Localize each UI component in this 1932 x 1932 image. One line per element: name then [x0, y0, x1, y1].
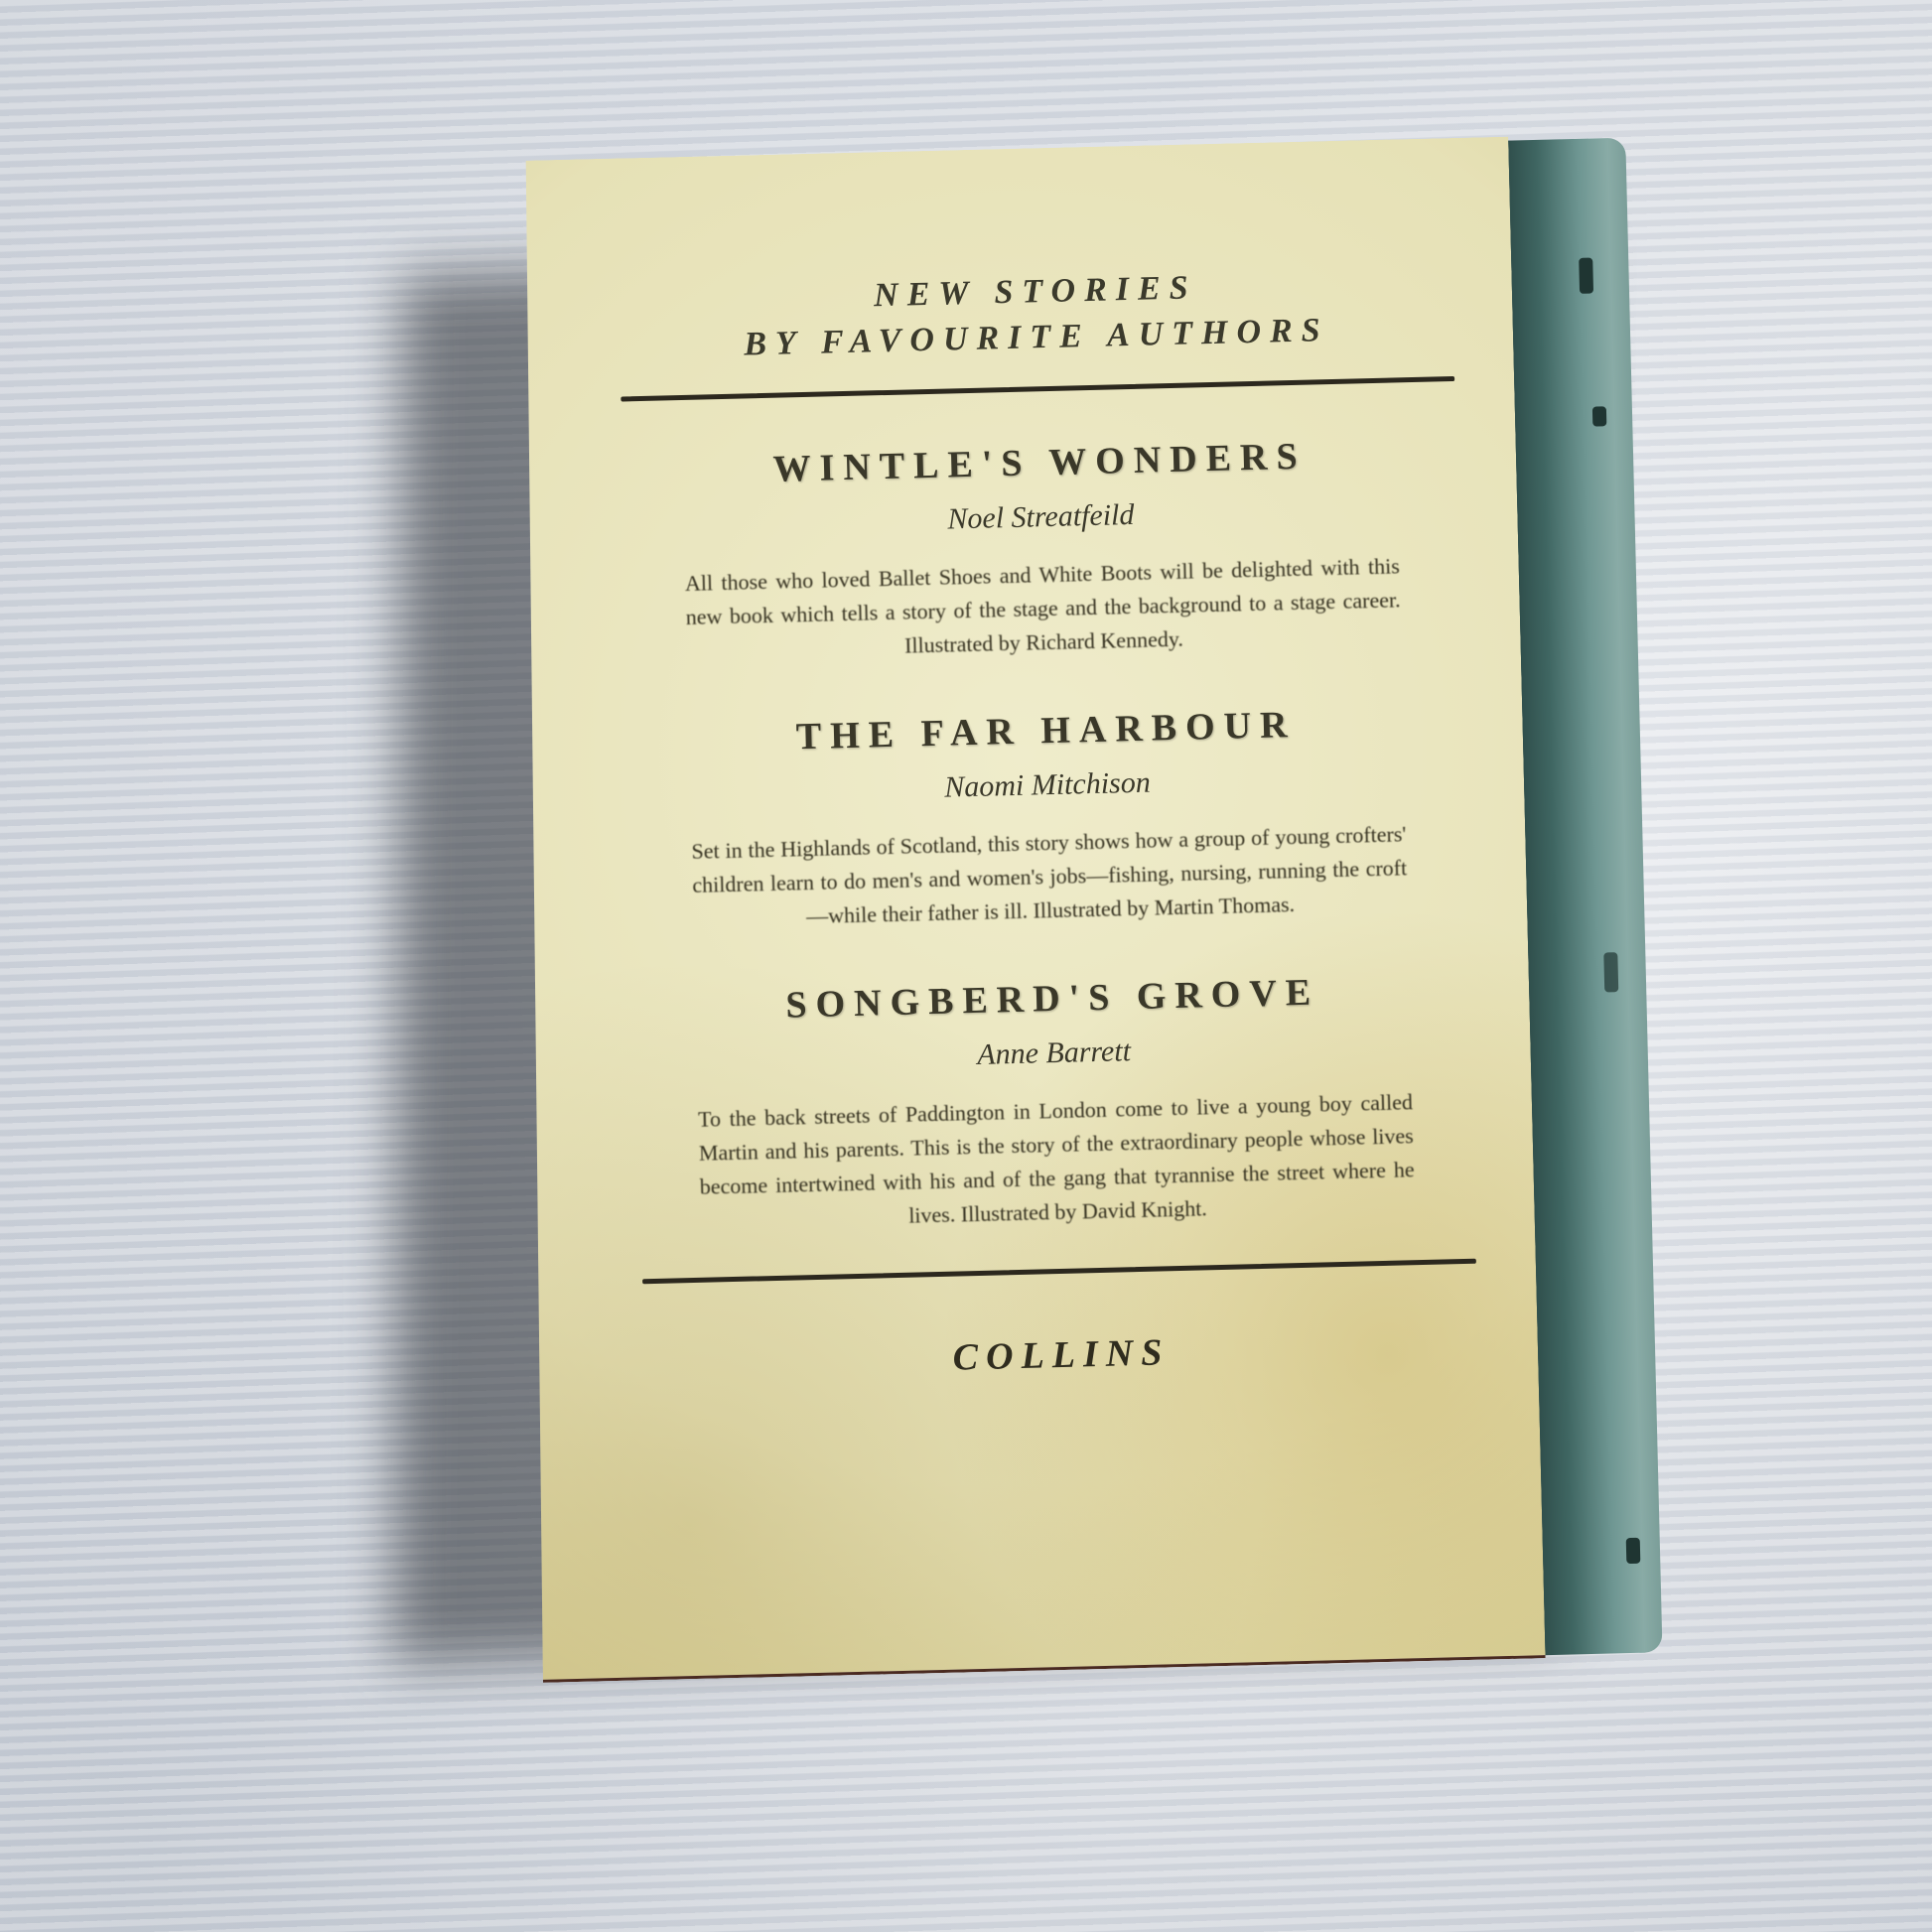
- cover-header: NEW STORIES BY FAVOURITE AUTHORS: [598, 259, 1473, 371]
- story-title: WINTLE'S WONDERS: [603, 430, 1477, 494]
- spine-lettering-mark: [1626, 1538, 1641, 1564]
- spine-lettering-mark: [1603, 952, 1618, 992]
- story-title: SONGBERD'S GROVE: [616, 966, 1490, 1031]
- story-author: Noel Streatfeild: [604, 489, 1478, 544]
- story-entry: SONGBERD'S GROVE Anne Barrett To the bac…: [616, 966, 1495, 1239]
- publisher-name: COLLINS: [624, 1322, 1499, 1387]
- story-entry: WINTLE'S WONDERS Noel Streatfeild All th…: [603, 430, 1481, 669]
- cover-content: NEW STORIES BY FAVOURITE AUTHORS WINTLE'…: [595, 138, 1498, 1388]
- book: NEW STORIES BY FAVOURITE AUTHORS WINTLE'…: [505, 133, 1684, 1680]
- story-entry: THE FAR HARBOUR Naomi Mitchison Set in t…: [609, 698, 1487, 937]
- spine-lettering-mark: [1579, 258, 1593, 294]
- story-description: To the back streets of Paddington in Lon…: [698, 1085, 1416, 1238]
- top-divider: [621, 376, 1454, 402]
- bottom-divider: [642, 1259, 1476, 1285]
- story-description: Set in the Highlands of Scotland, this s…: [691, 817, 1408, 936]
- back-cover: NEW STORIES BY FAVOURITE AUTHORS WINTLE'…: [505, 137, 1545, 1683]
- story-author: Naomi Mitchison: [611, 758, 1485, 812]
- story-description: All those who loved Ballet Shoes and Whi…: [685, 549, 1402, 668]
- story-author: Anne Barrett: [617, 1026, 1491, 1080]
- spine-lettering-mark: [1592, 406, 1606, 426]
- story-title: THE FAR HARBOUR: [609, 698, 1483, 762]
